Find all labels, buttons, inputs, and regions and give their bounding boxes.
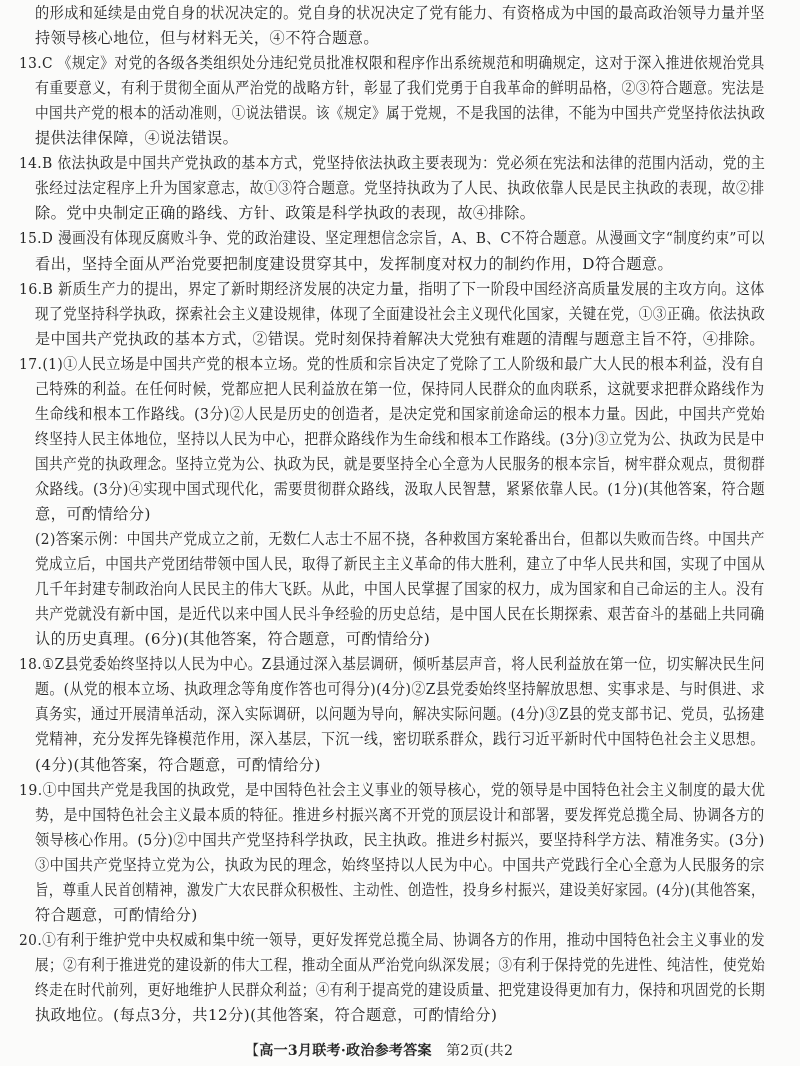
text-line: 共产党就没有新中国，是近代以来中国人民斗争经验的历史总结，是中国人民在长期探索、… xyxy=(35,604,765,624)
text-line: 己特殊的利益。在任何时候，党都应把人民利益放在第一位，保持同人民群众的血肉联系，… xyxy=(35,379,765,399)
text-line: 除。党中央制定正确的路线、方针、政策是科学执政的表现，故④排除。 xyxy=(35,203,535,223)
text-line: 看出，坚持全面从严治党要把制度建设贯穿其中，发挥制度对权力的制约作用，D符合题意… xyxy=(35,254,673,274)
text-line: 真务实，通过开展清单活动，深入实际调研，以问题为导向，解决实际问题。(4分)③Z… xyxy=(35,704,765,724)
text-line: 是中国共产党执政的基本方式，②错误。党时刻保持着解决大党独有难题的清醒与题意主旨… xyxy=(35,329,765,349)
text-line: 题。(从党的根本立场、执政理念等角度作答也可得分)(4分)②Z县党委始终坚持解放… xyxy=(35,679,765,699)
text-line: 意，可酌情给分) xyxy=(35,504,151,524)
text-line: 生命线和根本工作路线。(3分)②人民是历史的创造者，是决定党和国家前途命运的根本… xyxy=(35,404,765,424)
question-answer-line: 18.①Z县党委始终坚持以人民为中心。Z县通过深入基层调研，倾听基层声音，将人民… xyxy=(19,654,765,674)
text-line: 有重要意义，有利于贯彻全面从严治党的战略方针，彰显了我们党勇于自我革命的鲜明品格… xyxy=(35,78,765,98)
text-line: 众路线。(3分)④实现中国式现代化，需要贯彻群众路线，汲取人民智慧，紧紧依靠人民… xyxy=(35,479,765,499)
text-line: 张经过法定程序上升为国家意志，故①③符合题意。党坚持执政为了人民、执政依靠人民是… xyxy=(35,178,765,198)
text-line: 提供法律保障，④说法错误。 xyxy=(35,128,238,148)
text-line: 认的历史真理。(6分)(其他答案，符合题意，可酌情给分) xyxy=(35,629,430,649)
text-line: 的形成和延续是由党自身的状况决定的。党自身的状况决定了党有能力、有资格成为中国的… xyxy=(35,3,765,23)
text-line: 现了党坚持科学执政，探索社会主义建设规律，体现了全面建设社会主义现代化国家，关键… xyxy=(35,304,765,324)
question-answer-line: 14.B 依法执政是中国共产党执政的基本方式，党坚持依法执政主要表现为：党必须在… xyxy=(19,153,765,173)
question-answer-line: 17.(1)①人民立场是中国共产党的根本立场。党的性质和宗旨决定了党除了工人阶级… xyxy=(19,354,765,374)
footer-page-number: 第2页(共2 xyxy=(446,1043,513,1059)
question-answer-line: 13.C 《规定》对党的各级各类组织处分违纪党员批准权限和程序作出系统规范和明确… xyxy=(19,53,765,73)
question-answer-line: 20.①有利于维护党中央权威和集中统一领导，更好发挥党总揽全局、协调各方的作用，… xyxy=(19,930,765,950)
text-line: 党成立后，中国共产党团结带领中国人民，取得了新民主主义革命的伟大胜利，建立了中华… xyxy=(35,554,765,574)
footer-exam-title: 高一3月联考·政治参考答案 xyxy=(259,1043,432,1059)
question-answer-line: 19.①中国共产党是我国的执政党，是中国特色社会主义事业的领导核心，党的领导是中… xyxy=(19,780,765,800)
text-line: 终坚持人民主体地位，坚持以人民为中心，把群众路线作为生命线和根本工作路线。(3分… xyxy=(35,429,765,449)
footer-bracket: 【 xyxy=(245,1043,259,1059)
text-line: ③中国共产党坚持立党为公，执政为民的理念，始终坚持以人民为中心。中国共产党践行全… xyxy=(35,855,765,875)
text-line: (4分)(其他答案，符合题意，可酌情给分) xyxy=(35,755,321,775)
question-answer-line: 16.B 新质生产力的提出，界定了新时期经济发展的决定力量，指明了下一阶段中国经… xyxy=(19,279,765,299)
text-line: 持领导核心地位，但与材料无关，④不符合题意。 xyxy=(35,28,379,48)
text-line: 执政地位。(每点3分，共12分)(其他答案，符合题意，可酌情给分) xyxy=(35,1005,497,1025)
text-line: 国共产党的执政理念。坚持立党为公、执政为民，就是要坚持全心全意为人民服务的根本宗… xyxy=(35,454,765,474)
text-line: 中国共产党的根本的活动准则，①说法错误。该《规定》属于党规，不是我国的法律，不能… xyxy=(35,103,765,123)
text-line: 几千年封建专制政治向人民民主的伟大飞跃。从此，中国人民掌握了国家的权力，成为国家… xyxy=(35,579,765,599)
text-line: 党精神，充分发挥先锋模范作用，深入基层，下沉一线，密切联系群众，践行习近平新时代… xyxy=(35,729,765,749)
text-line: 终走在时代前列，更好地维护人民群众利益；④有利于提高党的建设质量、把党建设得更加… xyxy=(35,980,765,1000)
answer-key-page: 的形成和延续是由党自身的状况决定的。党自身的状况决定了党有能力、有资格成为中国的… xyxy=(0,0,800,1066)
text-line: 领导核心作用。(5分)②中国共产党坚持科学执政，民主执政。推进乡村振兴，要坚持科… xyxy=(35,830,765,850)
text-line: (2)答案示例：中国共产党成立之前，无数仁人志士不屈不挠，各种救国方案轮番出台，… xyxy=(35,529,765,549)
page-footer: 【高一3月联考·政治参考答案 第2页(共2 xyxy=(245,1040,513,1060)
text-line: 展；②有利于推进党的建设新的伟大工程，推动全面从严治党向纵深发展；③有利于保持党… xyxy=(35,955,765,975)
text-line: 势，是中国特色社会主义最本质的特征。推进乡村振兴离不开党的顶层设计和部署，要发挥… xyxy=(35,805,765,825)
text-line: 符合题意，可酌情给分) xyxy=(35,905,198,925)
question-answer-line: 15.D 漫画没有体现反腐败斗争、党的政治建设、坚定理想信念宗旨，A、B、C不符… xyxy=(19,228,765,248)
text-line: 旨，尊重人民首创精神，激发广大农民群众积极性、主动性、创造性，投身乡村振兴，建设… xyxy=(35,880,765,900)
